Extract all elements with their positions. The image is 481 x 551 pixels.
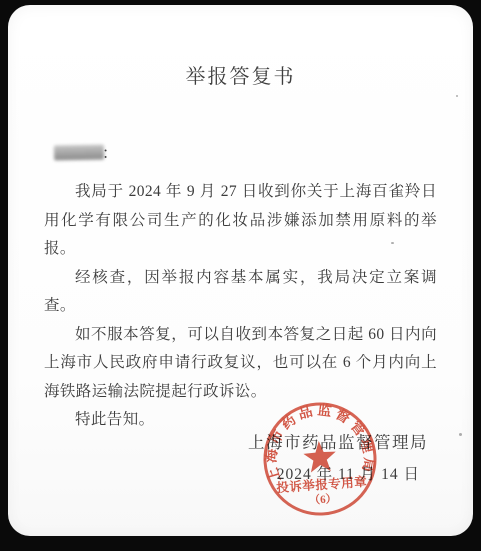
scan-speck — [456, 95, 458, 97]
seal-star-icon — [303, 440, 337, 473]
seal-number: （6） — [309, 492, 337, 507]
document-photo: 举报答复书 ： 我局于 2024 年 9 月 27 日收到你关于上海百雀羚日用化… — [0, 0, 481, 551]
seal-ring-text: 上海市药品监督管理局 — [258, 398, 378, 484]
official-seal: 上海市药品监督管理局 投诉举报专用章 （6） — [257, 396, 383, 522]
svg-text:上海市药品监督管理局: 上海市药品监督管理局 — [258, 398, 378, 484]
paragraph-receipt: 我局于 2024 年 9 月 27 日收到你关于上海百雀羚日用化学有限公司生产的… — [44, 178, 437, 264]
scan-speck — [391, 242, 394, 244]
scan-speck — [459, 433, 462, 436]
seal-label: 投诉举报专用章 — [276, 474, 368, 495]
paragraph-decision: 经核查，因举报内容基本属实，我局决定立案调查。 — [44, 264, 437, 321]
letter-body: 我局于 2024 年 9 月 27 日收到你关于上海百雀羚日用化学有限公司生产的… — [44, 178, 437, 435]
paragraph-appeal-rights: 如不服本答复，可以自收到本答复之日起 60 日内向上海市人民政府申请行政复议，也… — [44, 321, 437, 407]
salutation-colon: ： — [102, 141, 118, 163]
redacted-recipient-name — [54, 145, 104, 161]
document-title: 举报答复书 — [0, 60, 481, 89]
